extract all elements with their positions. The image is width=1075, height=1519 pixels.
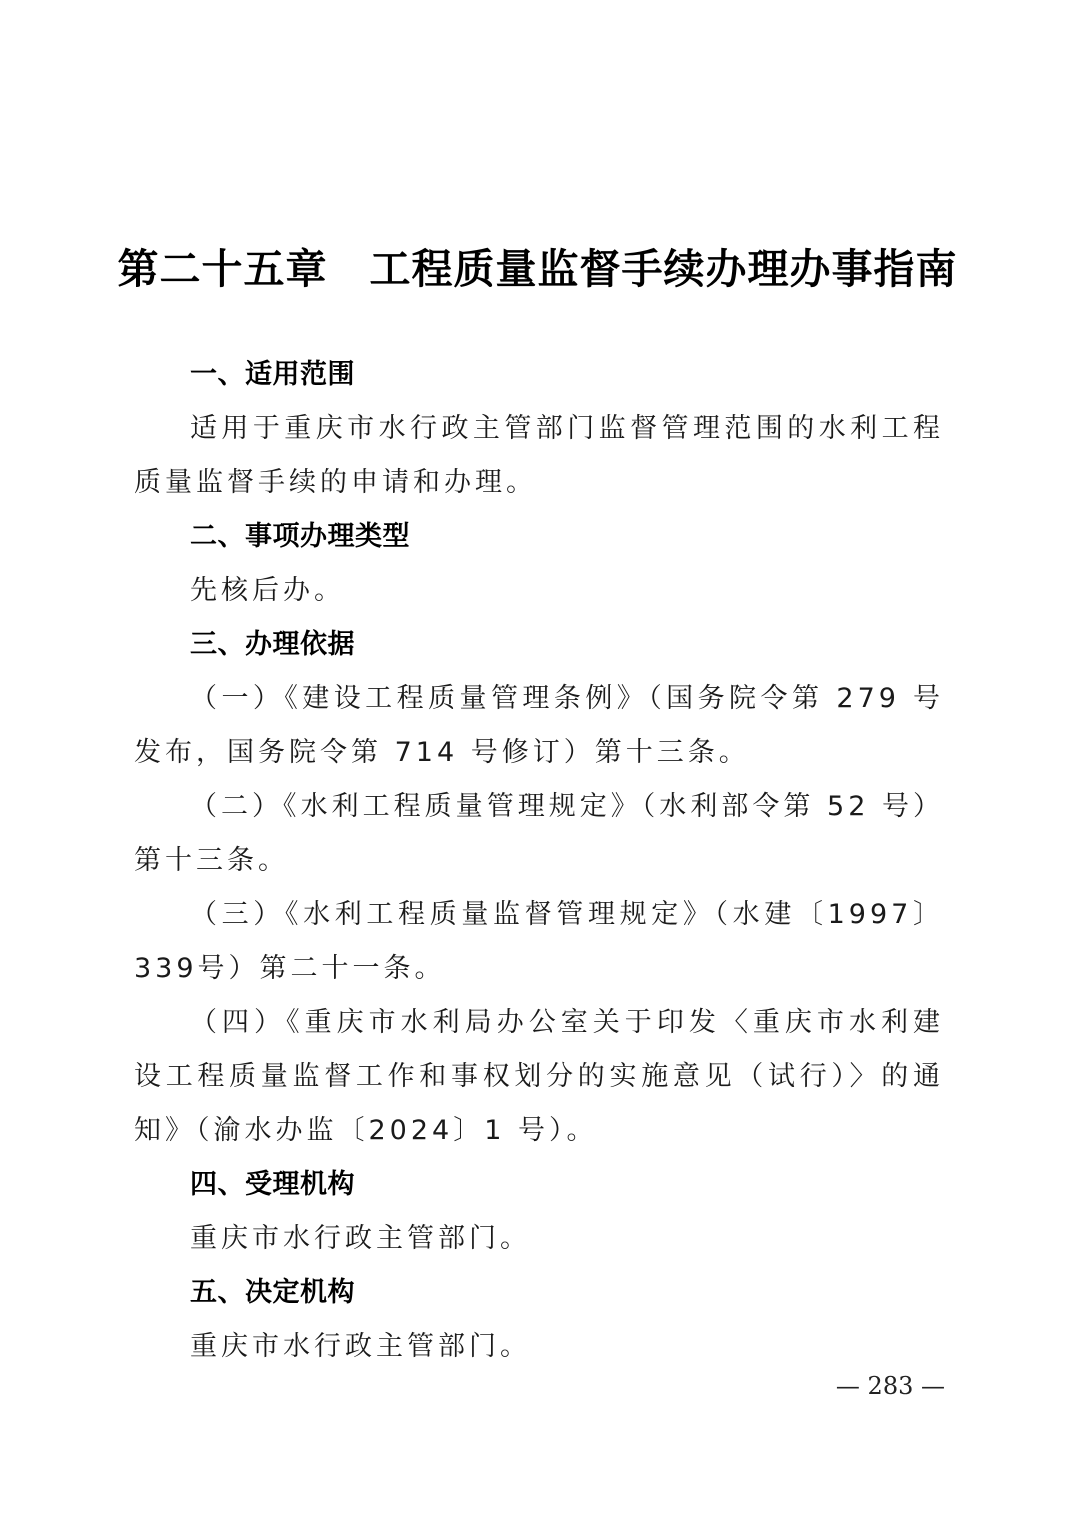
paragraph-scope: 适用于重庆市水行政主管部门监督管理范围的水利工程质量监督手续的申请和办理。 xyxy=(134,402,944,510)
section-heading-deciding-agency: 五、决定机构 xyxy=(134,1266,944,1320)
section-heading-scope: 一、适用范围 xyxy=(134,348,944,402)
chapter-title: 第二十五章 工程质量监督手续办理办事指南 xyxy=(0,236,1075,295)
paragraph-basis-4: （四）《重庆市水利局办公室关于印发〈重庆市水利建设工程质量监督工作和事权划分的实… xyxy=(134,996,944,1158)
paragraph-basis-2: （二）《水利工程质量管理规定》（水利部令第 52 号）第十三条。 xyxy=(134,780,944,888)
paragraph-type: 先核后办。 xyxy=(134,564,944,618)
document-page: 第二十五章 工程质量监督手续办理办事指南 一、适用范围 适用于重庆市水行政主管部… xyxy=(0,0,1075,1519)
paragraph-accepting-agency: 重庆市水行政主管部门。 xyxy=(134,1212,944,1266)
section-heading-type: 二、事项办理类型 xyxy=(134,510,944,564)
section-heading-accepting-agency: 四、受理机构 xyxy=(134,1158,944,1212)
paragraph-basis-1: （一）《建设工程质量管理条例》（国务院令第 279 号发布，国务院令第 714 … xyxy=(134,672,944,780)
section-heading-basis: 三、办理依据 xyxy=(134,618,944,672)
page-number: — 283 — xyxy=(836,1372,945,1400)
paragraph-basis-3: （三）《水利工程质量监督管理规定》（水建〔1997〕339号）第二十一条。 xyxy=(134,888,944,996)
paragraph-deciding-agency: 重庆市水行政主管部门。 xyxy=(134,1320,944,1374)
document-body: 一、适用范围 适用于重庆市水行政主管部门监督管理范围的水利工程质量监督手续的申请… xyxy=(134,348,944,1374)
